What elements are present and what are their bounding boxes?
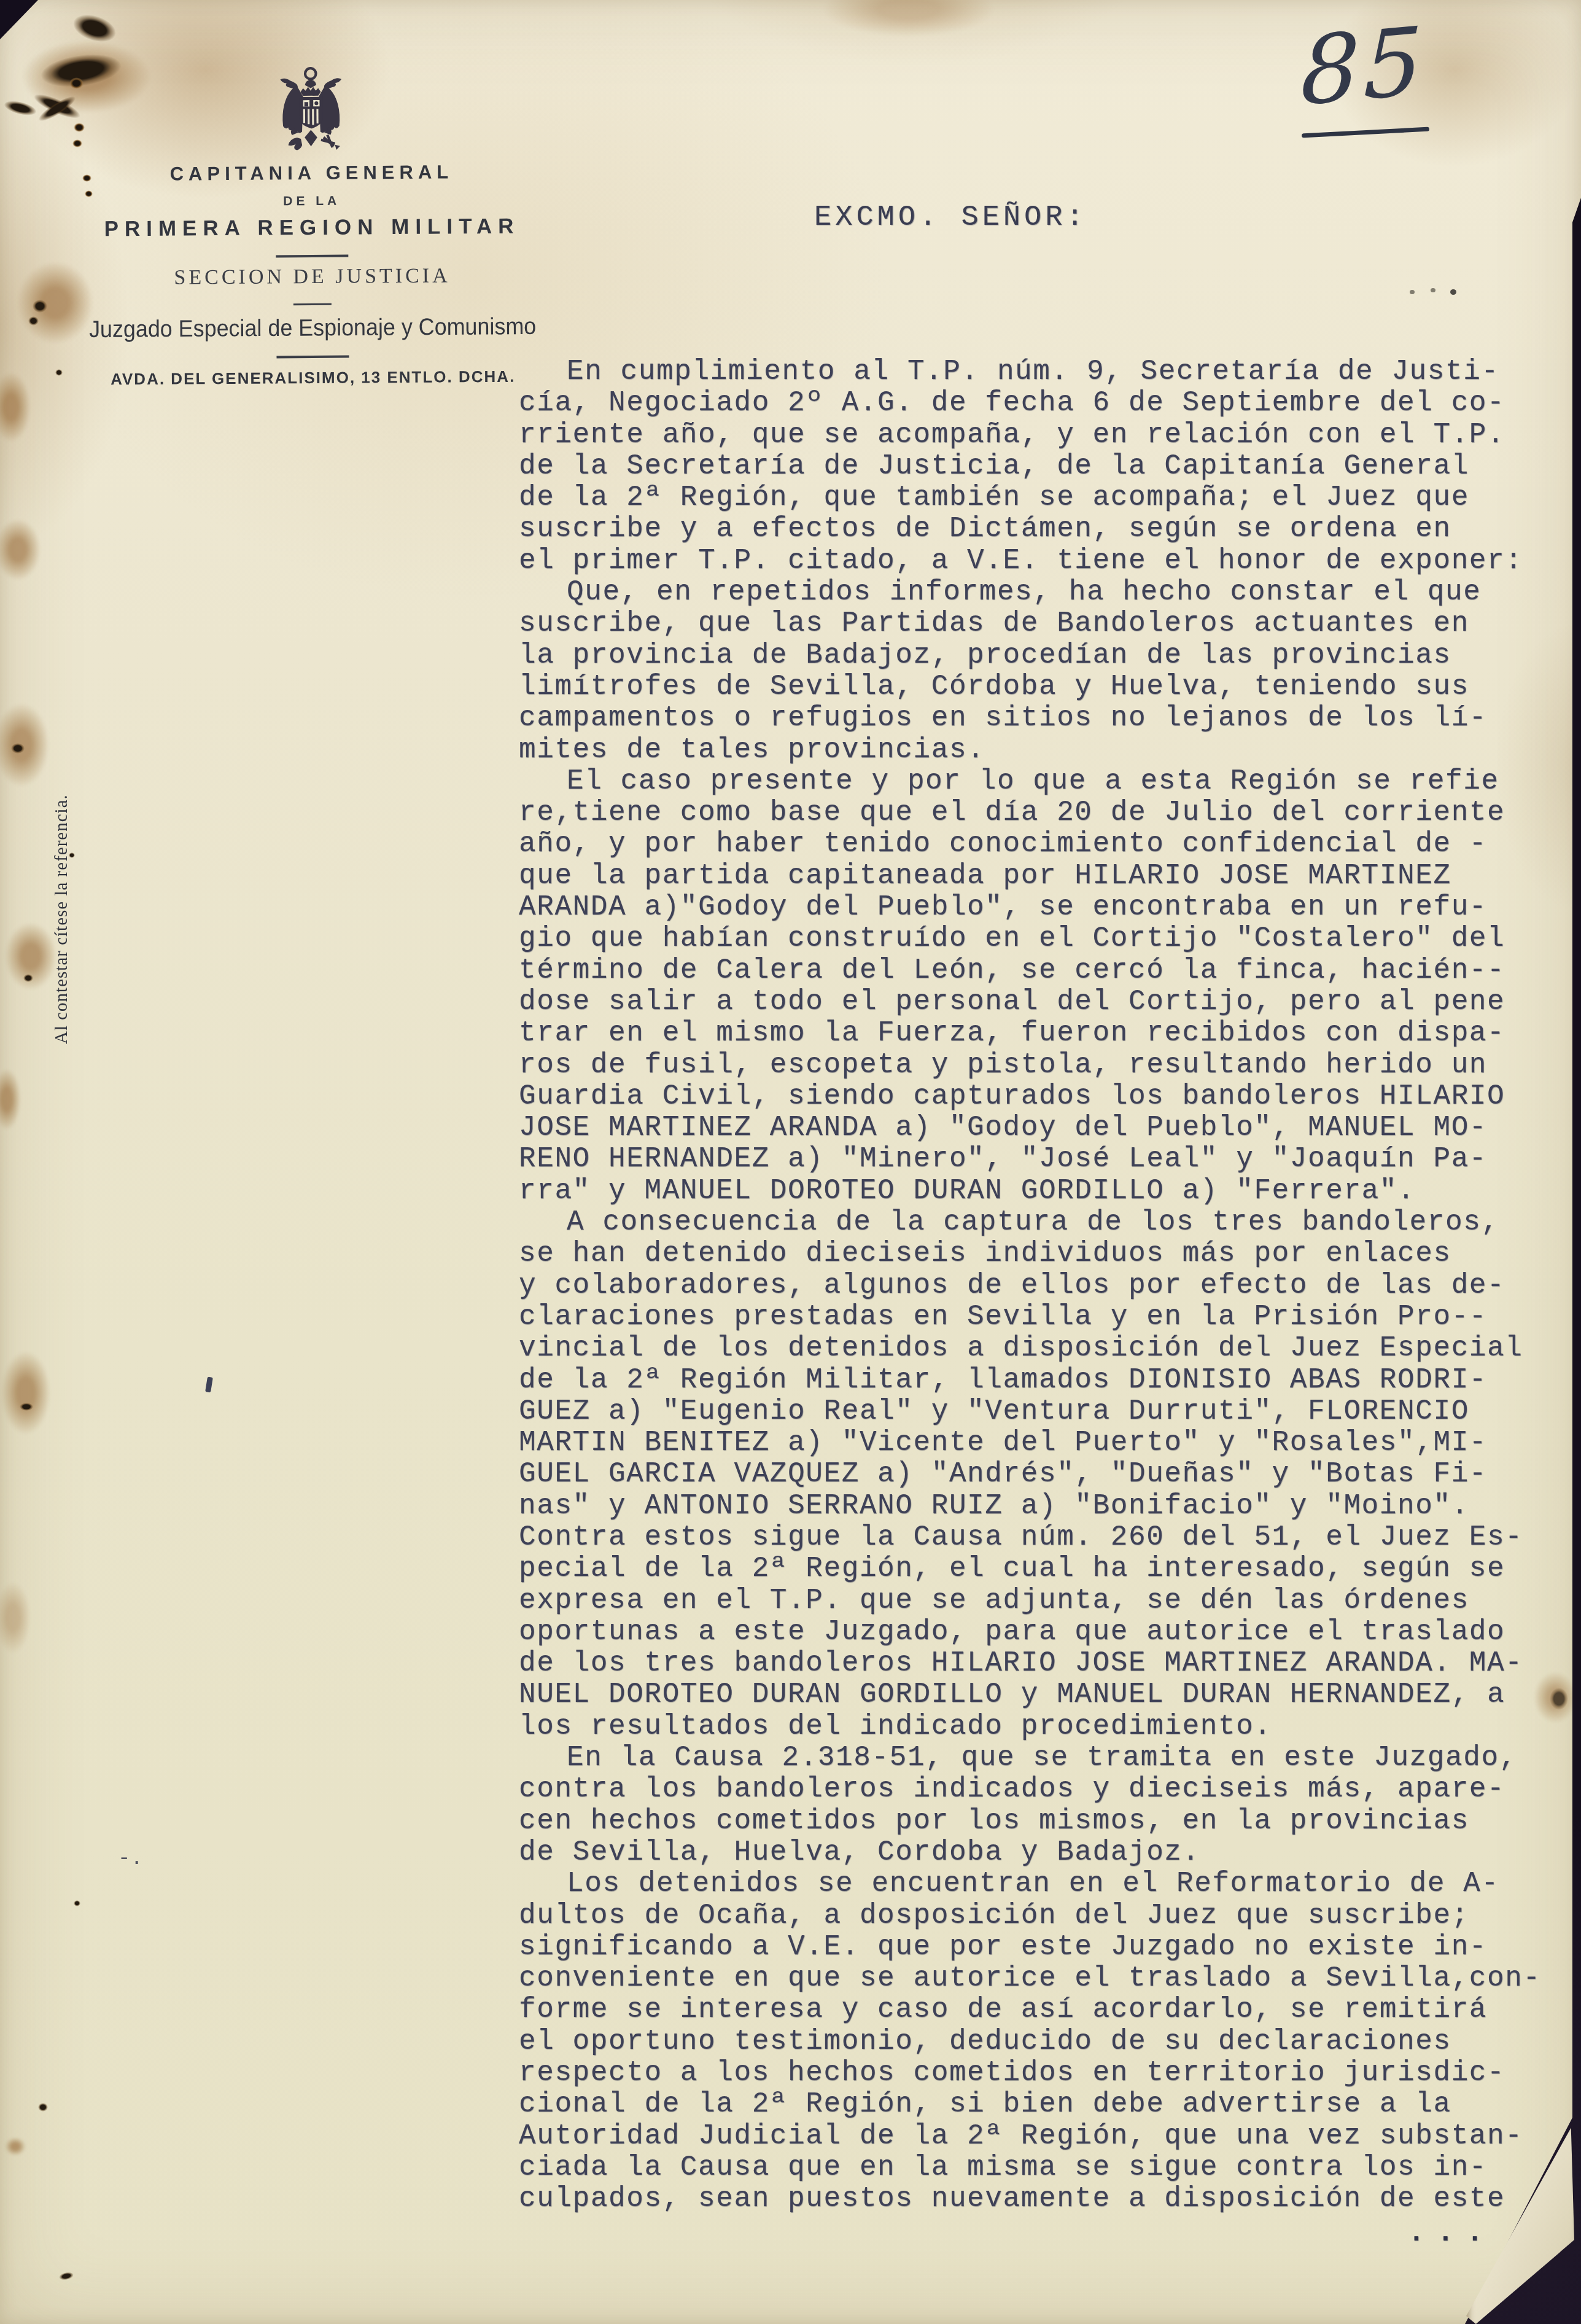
body-paragraph: A consecuencia de la captura de los tres…: [519, 1207, 1581, 1522]
body-paragraph: En cumplimiento al T.P. núm. 9, Secretar…: [519, 356, 1581, 577]
ink-mark: [205, 1376, 213, 1392]
body-paragraph: Que, en repetidos informes, ha hecho con…: [519, 577, 1581, 766]
tear-mark: [36, 93, 79, 125]
letterhead-section: SECCION DE JUSTICIA: [74, 263, 550, 290]
stain: [74, 1900, 80, 1906]
stain: [0, 1581, 31, 1654]
stain: [0, 372, 31, 442]
stain: [5, 2137, 26, 2156]
stain: [28, 316, 39, 326]
handwritten-page-number: 85: [1300, 4, 1448, 127]
stain: [20, 1403, 33, 1411]
letterhead-divider: [293, 303, 332, 305]
stain: [0, 1069, 21, 1130]
stain: [5, 922, 56, 990]
stain: [823, 0, 995, 37]
letterhead-org-line1: CAPITANIA GENERAL: [73, 160, 550, 185]
stain: [70, 10, 120, 47]
letterhead-org-line2: DE LA: [74, 192, 550, 210]
speck: [1450, 289, 1456, 295]
letterhead-org-line3: PRIMERA REGION MILITAR: [74, 214, 550, 241]
photo-backdrop: CAPITANIA GENERAL DE LA PRIMERA REGION M…: [0, 0, 1581, 2324]
stain: [58, 2271, 74, 2282]
body-paragraph: Los detenidos se encuentran en el Reform…: [519, 1868, 1581, 2215]
letter-body: En cumplimiento al T.P. núm. 9, Secretar…: [519, 356, 1581, 2249]
francoist-eagle-emblem-icon: [278, 66, 344, 153]
speck: [1431, 288, 1435, 292]
stain: [38, 2103, 48, 2111]
stain: [0, 519, 41, 580]
stain: [0, 703, 49, 787]
salutation: EXCMO. SEÑOR:: [814, 201, 1087, 234]
letterhead-divider: [276, 255, 348, 258]
stain: [1, 1351, 50, 1435]
stain: [55, 369, 63, 376]
page-number-underline: [1302, 127, 1429, 138]
body-paragraph: Contra estos sigue la Causa núm. 260 del…: [519, 1522, 1581, 1742]
stain: [33, 300, 47, 313]
letterhead-address: AVDA. DEL GENERALISIMO, 13 ENTLO. DCHA.: [75, 367, 551, 389]
margin-pen-mark: -.: [118, 1847, 143, 1871]
stain: [11, 743, 25, 754]
stain: [2, 98, 37, 118]
body-paragraph: En la Causa 2.318-51, que se tramita en …: [519, 1742, 1581, 1868]
body-paragraph: El caso presente y por lo que a esta Reg…: [519, 766, 1581, 1207]
letterhead: CAPITANIA GENERAL DE LA PRIMERA REGION M…: [72, 64, 551, 389]
document-page: CAPITANIA GENERAL DE LA PRIMERA REGION M…: [0, 0, 1581, 2324]
letterhead-court-name: Juzgado Especial de Espionaje y Comunism…: [82, 313, 544, 343]
speck: [1410, 290, 1415, 294]
letterhead-divider: [276, 356, 349, 359]
side-reference-note: Al contestar cítese la referencia.: [52, 673, 77, 1044]
stain: [23, 974, 33, 982]
